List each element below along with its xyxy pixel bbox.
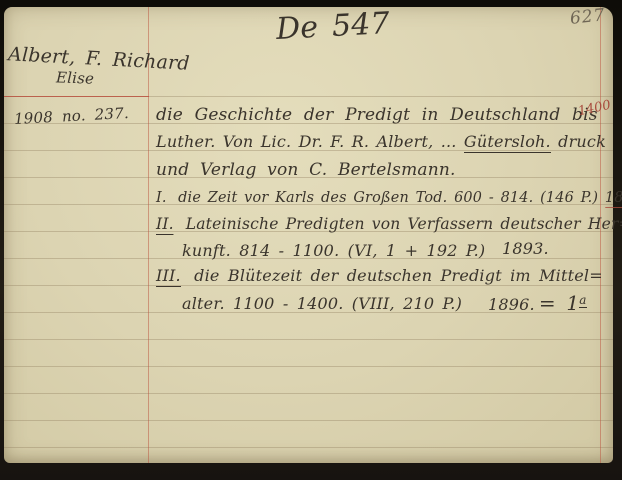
volume-2-year: 1893. bbox=[502, 240, 549, 258]
title-line-1: die Geschichte der Predigt in Deutschlan… bbox=[156, 106, 598, 125]
volume-1-text: die Zeit vor Karls des Großen Tod. 600 -… bbox=[178, 188, 598, 206]
left-margin-line bbox=[148, 7, 149, 463]
publication-place-underlined: Gütersloh. bbox=[464, 132, 551, 153]
volume-2-numeral: II. bbox=[156, 214, 174, 235]
volume-3-numeral: III. bbox=[156, 266, 181, 287]
volume-3-year-and-note: 1896.= 1a bbox=[488, 292, 587, 314]
call-number: De 547 bbox=[275, 7, 390, 46]
catalog-card: De 547 627 Albert, F. Richard Elise 1908… bbox=[4, 7, 613, 463]
title-line-3: und Verlag von C. Bertelsmann. bbox=[156, 161, 456, 180]
page-number: 627 bbox=[569, 6, 606, 28]
title-line-2-text: Luther. Von Lic. Dr. F. R. Albert, ... bbox=[156, 132, 457, 151]
volume-3-note: = 1 bbox=[539, 291, 579, 315]
volume-2-text-1: Lateinische Predigten von Verfassern deu… bbox=[186, 214, 622, 233]
volume-entry-3-line-2: alter. 1100 - 1400. (VIII, 210 P.) bbox=[182, 295, 462, 313]
volume-entry-2-line-1: II. Lateinische Predigten von Verfassern… bbox=[156, 215, 622, 233]
volume-3-text-1: die Blütezeit der deutschen Predigt im M… bbox=[194, 266, 603, 285]
volume-1-year: 1892. bbox=[605, 188, 622, 208]
heading-rule-line bbox=[4, 96, 149, 97]
title-line-2-end: druck bbox=[558, 132, 606, 151]
volume-3-year: 1896. bbox=[488, 295, 535, 314]
volume-3-note-superscript: a bbox=[579, 293, 586, 308]
volume-1-numeral: I. bbox=[156, 188, 167, 206]
volume-entry-3-line-1: III. die Blütezeit der deutschen Predigt… bbox=[156, 267, 603, 285]
ruled-lines bbox=[4, 70, 613, 455]
volume-entry-2-line-2: kunft. 814 - 1100. (VI, 1 + 192 P.) bbox=[182, 242, 485, 260]
title-line-2: Luther. Von Lic. Dr. F. R. Albert, ... G… bbox=[156, 133, 606, 151]
author-heading-insert: Elise bbox=[56, 69, 95, 87]
scanned-catalog-card-page: De 547 627 Albert, F. Richard Elise 1908… bbox=[0, 0, 622, 480]
right-margin-line bbox=[600, 7, 601, 463]
volume-entry-1: I. die Zeit vor Karls des Großen Tod. 60… bbox=[156, 189, 622, 206]
